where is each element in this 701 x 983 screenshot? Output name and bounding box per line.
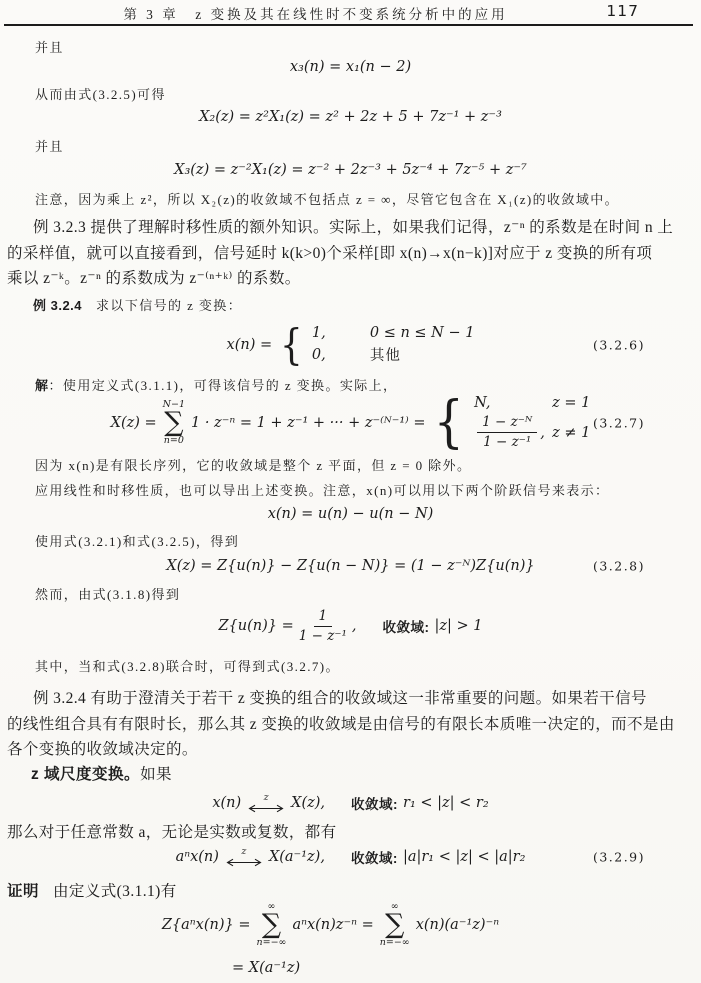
equation-x3n: x₃(n) = x₁(n − 2)	[0, 59, 701, 75]
line-finite-length: 因为 x(n)是有限长序列，它的收敛域是整个 z 平面，但 z = 0 除外。	[35, 458, 471, 474]
left-brace: {	[434, 399, 464, 447]
sigma-glyph: ∑	[164, 410, 183, 437]
example-324-text: 求以下信号的 z 变换：	[96, 298, 242, 313]
equation-x3n-expr: x₃(n) = x₁(n − 2)	[290, 59, 411, 75]
scaling-heading: z 域尺度变换。如果	[31, 762, 172, 788]
fraction-numerator: 1	[314, 608, 333, 627]
eq326-cases-column: 1, 0 ≤ n ≤ N − 1 0, 其他	[312, 325, 475, 365]
eq327-middle: 1 · z⁻ⁿ = 1 + z⁻¹ + ··· + z⁻⁽ᴺ⁻¹⁾ =	[191, 415, 425, 431]
pair-rhs: X(z),	[291, 795, 325, 811]
equation-proof-line2: = X(a⁻¹z)	[232, 960, 300, 976]
paragraph-ex323-line2: 的采样值，就可以直接看到，信号延时 k(k>0)个采样[即 x(n)→x(n−k…	[7, 241, 697, 267]
proof-label: 证明	[7, 883, 39, 900]
paragraph-ex323-line1: 例 3.2.3 提供了理解时移性质的额外知识。实际上，如果我们记得，z⁻ⁿ 的系…	[7, 215, 697, 241]
paragraph-ex324-line2: 的线性组合具有有限时长，那么其 z 变换的收敛域是由信号的有限长本质唯一决定的，…	[7, 712, 697, 738]
paragraph-ex324: 例 3.2.4 有助于澄清关于若干 z 变换的组合的收敛域这一非常重要的问题。如…	[7, 686, 697, 763]
line-and-1: 并且	[35, 40, 64, 56]
equation-3-2-6: x(n) = { 1, 0 ≤ n ≤ N − 1 0, 其他 (3.2.6)	[0, 322, 701, 368]
line-any-constant: 那么对于任意常数 a，无论是实数或复数，都有	[7, 820, 337, 846]
double-arrow-icon	[226, 858, 262, 867]
scaling-heading-text: 如果	[140, 766, 172, 783]
double-arrow-icon	[248, 804, 284, 813]
roc-value: r₁ < |z| < r₂	[403, 795, 489, 811]
roc-label: 收敛域:	[383, 616, 430, 636]
equation-proof-line1: Z{aⁿx(n)} = ∞ ∑ n=−∞ aⁿx(n)z⁻ⁿ = ∞ ∑ n=−…	[0, 899, 701, 951]
sigma-glyph: ∑	[385, 912, 404, 939]
eq329-lhs: aⁿx(n)	[176, 849, 219, 865]
equation-3-2-7: X(z) = N−1 ∑ n=0 1 · z⁻ⁿ = 1 + z⁻¹ + ···…	[0, 396, 701, 450]
eq329-rhs: X(a⁻¹z),	[269, 849, 325, 865]
eq326-cases: { 1, 0 ≤ n ≤ N − 1 0, 其他	[278, 325, 474, 365]
equation-3-2-9: aⁿx(n) z X(a⁻¹z), 收敛域: |a|r₁ < |z| < |a|…	[0, 847, 701, 867]
equation-number-327: (3.2.7)	[593, 416, 645, 431]
line-use-321-325: 使用式(3.2.1)和式(3.2.5)，得到	[35, 534, 239, 550]
eq327-case1-expr: N,	[474, 395, 552, 411]
arrow-z-label: z	[241, 847, 246, 857]
eq326-case1-cond: 0 ≤ n ≤ N − 1	[370, 325, 475, 341]
equation-X3: X₃(z) = z⁻²X₁(z) = z⁻² + 2z⁻³ + 5z⁻⁴ + 7…	[0, 162, 701, 178]
paragraph-ex323: 例 3.2.3 提供了理解时移性质的额外知识。实际上，如果我们记得，z⁻ⁿ 的系…	[7, 215, 697, 292]
fraction-denominator: 1 − z⁻¹	[297, 627, 349, 645]
equation-number-326: (3.2.6)	[593, 338, 645, 353]
sum-lower-limit: n=−∞	[257, 938, 287, 948]
eq327-cases: { N, z = 1 1 − z⁻ᴺ 1 − z⁻¹ , z ≠ 1	[431, 395, 590, 451]
eq327-case2-expr: 1 − z⁻ᴺ 1 − z⁻¹ ,	[474, 414, 552, 451]
eq-zu-lhs: Z{u(n)} =	[218, 618, 293, 634]
line-note-roc: 注意，因为乘上 z²，所以 X₂(z)的收敛域不包括点 z = ∞，尽管它包含在…	[35, 192, 619, 208]
left-brace: {	[280, 327, 303, 363]
fraction: 1 1 − z⁻¹	[297, 608, 349, 645]
eq326-case-1: 1, 0 ≤ n ≤ N − 1	[312, 325, 475, 341]
fraction-denominator: 1 − z⁻¹	[481, 433, 533, 451]
eq-proof-middle: aⁿx(n)z⁻ⁿ =	[292, 917, 373, 933]
roc-value: |z| > 1	[435, 618, 483, 634]
equation-X2: X₂(z) = z²X₁(z) = z² + 2z + 5 + 7z⁻¹ + z…	[0, 109, 701, 125]
fraction: 1 − z⁻ᴺ 1 − z⁻¹	[477, 414, 537, 451]
fraction-numerator: 1 − z⁻ᴺ	[477, 414, 537, 433]
chapter-title: 第 3 章 z 变换及其在线性时不变系统分析中的应用	[0, 3, 631, 23]
line-and-2: 并且	[35, 139, 64, 155]
equation-zu: Z{u(n)} = 1 1 − z⁻¹ , 收敛域: |z| > 1	[0, 604, 701, 648]
eq328-expr: X(z) = Z{u(n)} − Z{u(n − N)} = (1 − z⁻ᴺ)…	[166, 558, 534, 574]
eq326-lhs: x(n) =	[227, 337, 273, 353]
line-combined: 其中，当和式(3.2.8)联合时，可得到式(3.2.7)。	[35, 659, 340, 675]
eq326-case1-expr: 1,	[312, 325, 370, 341]
summation-symbol: ∞ ∑ n=−∞	[380, 902, 410, 948]
z-transform-arrow: z	[226, 847, 262, 867]
paragraph-ex324-line3: 各个变换的收敛域决定的。	[7, 737, 697, 763]
eq327-comma: ,	[540, 425, 545, 441]
eq327-case2-cond: z ≠ 1	[552, 425, 590, 441]
eq-proof-tail: x(n)(a⁻¹z)⁻ⁿ	[416, 917, 499, 933]
sigma-glyph: ∑	[262, 912, 281, 939]
example-324-label: 例 3.2.4	[33, 298, 82, 313]
equation-step-expr: x(n) = u(n) − u(n − N)	[268, 506, 434, 522]
eq327-case1-cond: z = 1	[552, 395, 590, 411]
eq326-case2-cond: 其他	[370, 344, 401, 365]
eq-zu-comma: ,	[352, 618, 357, 634]
scaling-heading-label: z 域尺度变换。	[31, 766, 140, 783]
eq327-case-2: 1 − z⁻ᴺ 1 − z⁻¹ , z ≠ 1	[474, 414, 590, 451]
sum-lower-limit: n=0	[164, 436, 184, 446]
solution-label: 解	[35, 378, 49, 393]
line-solution: 解：使用定义式(3.1.1)，可得该信号的 z 变换。实际上，	[35, 378, 397, 394]
textbook-page: 第 3 章 z 变换及其在线性时不变系统分析中的应用 117 并且 x₃(n) …	[0, 0, 701, 983]
line-thus-325: 从而由式(3.2.5)可得	[35, 87, 166, 103]
roc-label: 收敛域:	[351, 793, 398, 813]
paragraph-ex323-line3: 乘以 z⁻ᵏ。z⁻ⁿ 的系数成为 z⁻⁽ⁿ⁺ᵏ⁾ 的系数。	[7, 266, 697, 292]
z-transform-arrow: z	[248, 793, 284, 813]
example-324-heading: 例 3.2.4求以下信号的 z 变换：	[33, 298, 242, 314]
arrow-z-label: z	[264, 793, 269, 803]
equation-3-2-8: X(z) = Z{u(n)} − Z{u(n − N)} = (1 − z⁻ᴺ)…	[0, 556, 701, 576]
paragraph-ex324-line1: 例 3.2.4 有助于澄清关于若干 z 变换的组合的收敛域这一非常重要的问题。如…	[7, 686, 697, 712]
proof-text: 由定义式(3.1.1)有	[53, 883, 177, 900]
eq326-case2-expr: 0,	[312, 347, 370, 363]
roc-label: 收敛域:	[351, 847, 398, 867]
summation-symbol: ∞ ∑ n=−∞	[257, 902, 287, 948]
eq326-case-2: 0, 其他	[312, 344, 475, 365]
sum-lower-limit: n=−∞	[380, 938, 410, 948]
solution-text: ：使用定义式(3.1.1)，可得该信号的 z 变换。实际上，	[49, 378, 398, 393]
line-linearity: 应用线性和时移性质，也可以导出上述变换。注意，x(n)可以用以下两个阶跃信号来表…	[35, 483, 609, 499]
summation-symbol: N−1 ∑ n=0	[163, 400, 185, 446]
equation-step: x(n) = u(n) − u(n − N)	[0, 506, 701, 522]
roc-value: |a|r₁ < |z| < |a|r₂	[403, 849, 525, 865]
equation-transform-pair: x(n) z X(z), 收敛域: r₁ < |z| < r₂	[0, 793, 701, 813]
pair-lhs: x(n)	[212, 795, 241, 811]
line-however: 然而，由式(3.1.8)得到	[35, 587, 180, 603]
header-rule	[4, 24, 693, 26]
equation-X2-expr: X₂(z) = z²X₁(z) = z² + 2z + 5 + 7z⁻¹ + z…	[199, 109, 502, 125]
eq327-cases-column: N, z = 1 1 − z⁻ᴺ 1 − z⁻¹ , z ≠ 1	[474, 395, 590, 451]
equation-X3-expr: X₃(z) = z⁻²X₁(z) = z⁻² + 2z⁻³ + 5z⁻⁴ + 7…	[174, 162, 527, 178]
eq327-lhs: X(z) =	[111, 415, 157, 431]
page-number: 117	[606, 2, 639, 20]
equation-number-329: (3.2.9)	[593, 850, 645, 865]
eq-proof-lhs: Z{aⁿx(n)} =	[162, 917, 251, 933]
equation-number-328: (3.2.8)	[593, 559, 645, 574]
eq327-case-1: N, z = 1	[474, 395, 590, 411]
